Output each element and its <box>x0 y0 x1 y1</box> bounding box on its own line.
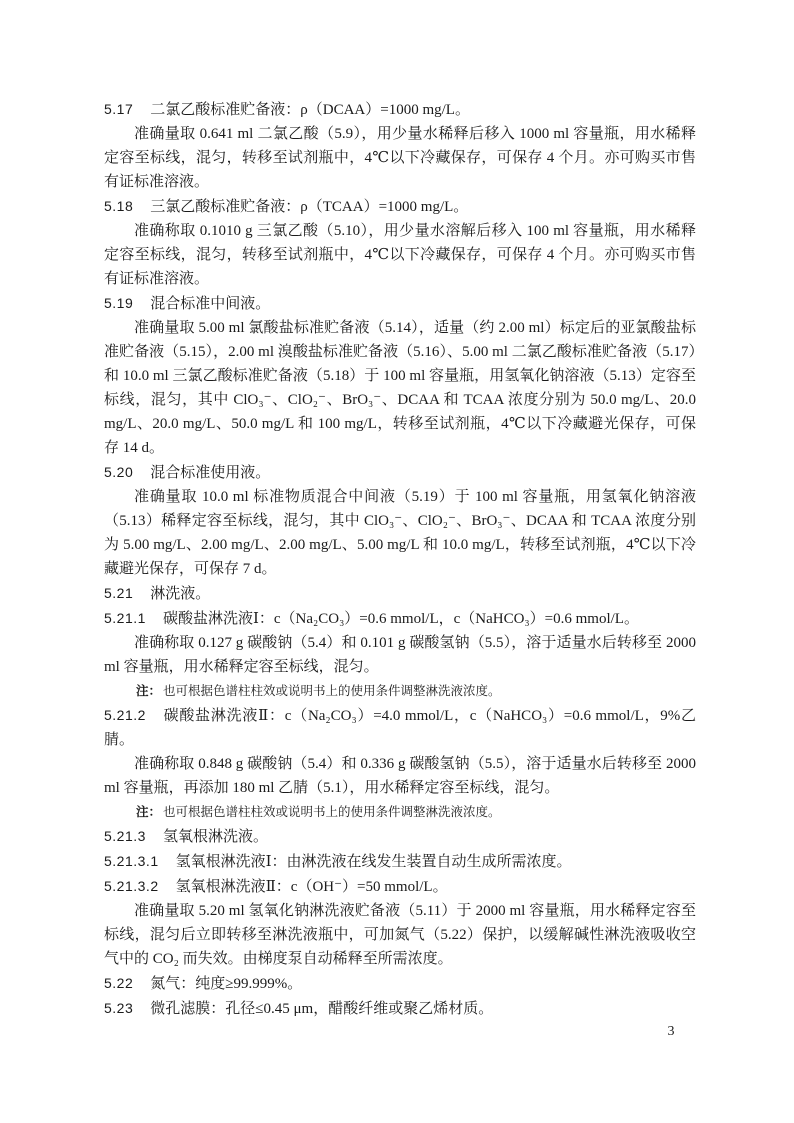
note-text: 也可根据色谱柱柱效或说明书上的使用条件调整淋洗液浓度。 <box>163 805 501 819</box>
clause-title: 碳酸盐淋洗液Ⅰ：c（Na₂CO₃）=0.6 mmol/L，c（NaHCO₃）=0… <box>163 611 639 627</box>
paragraph-5-21-1: 准确称取 0.127 g 碳酸钠（5.4）和 0.101 g 碳酸氢钠（5.5）… <box>104 631 696 679</box>
clause-number: 5.22 <box>104 975 133 991</box>
clause-title: 碳酸盐淋洗液Ⅱ：c（Na₂CO₃）=4.0 mmol/L，c（NaHCO₃）=0… <box>104 708 696 748</box>
clause-5-23: 5.23微孔滤膜：孔径≤0.45 μm，醋酸纤维或聚乙烯材质。 <box>104 996 696 1021</box>
clause-number: 5.18 <box>104 198 133 214</box>
clause-5-21-3-2: 5.21.3.2氢氧根淋洗液Ⅱ：c（OH⁻）=50 mmol/L。 <box>104 874 696 899</box>
paragraph-5-21-3-2: 准确量取 5.20 ml 氢氧化钠淋洗液贮备液（5.11）于 2000 ml 容… <box>104 899 696 971</box>
clause-number: 5.21.1 <box>104 610 146 626</box>
note-label: 注： <box>136 805 161 819</box>
clause-5-21-2: 5.21.2碳酸盐淋洗液Ⅱ：c（Na₂CO₃）=4.0 mmol/L，c（NaH… <box>104 703 696 752</box>
clause-number: 5.21 <box>104 585 133 601</box>
clause-number: 5.17 <box>104 101 133 117</box>
note-5-21-2: 注：也可根据色谱柱柱效或说明书上的使用条件调整淋洗液浓度。 <box>104 800 696 824</box>
clause-number: 5.21.2 <box>104 707 146 723</box>
note-label: 注： <box>136 684 161 698</box>
clause-5-18: 5.18三氯乙酸标准贮备液：ρ（TCAA）=1000 mg/L。 <box>104 194 696 219</box>
clause-title: 混合标准使用液。 <box>150 465 270 481</box>
paragraph-5-17: 准确量取 0.641 ml 二氯乙酸（5.9），用少量水稀释后移入 1000 m… <box>104 122 696 194</box>
clause-title: 氢氧根淋洗液Ⅱ：c（OH⁻）=50 mmol/L。 <box>176 879 448 895</box>
note-5-21-1: 注：也可根据色谱柱柱效或说明书上的使用条件调整淋洗液浓度。 <box>104 679 696 703</box>
clause-title: 微孔滤膜：孔径≤0.45 μm，醋酸纤维或聚乙烯材质。 <box>150 1001 493 1017</box>
document-page: 5.17二氯乙酸标准贮备液：ρ（DCAA）=1000 mg/L。 准确量取 0.… <box>0 0 794 1123</box>
note-text: 也可根据色谱柱柱效或说明书上的使用条件调整淋洗液浓度。 <box>163 684 501 698</box>
paragraph-5-18: 准确称取 0.1010 g 三氯乙酸（5.10），用少量水溶解后移入 100 m… <box>104 219 696 291</box>
clause-title: 氢氧根淋洗液。 <box>163 829 268 845</box>
clause-number: 5.21.3.1 <box>104 853 159 869</box>
clause-number: 5.21.3.2 <box>104 878 159 894</box>
document-body: 5.17二氯乙酸标准贮备液：ρ（DCAA）=1000 mg/L。 准确量取 0.… <box>104 97 696 1021</box>
clause-5-21-1: 5.21.1碳酸盐淋洗液Ⅰ：c（Na₂CO₃）=0.6 mmol/L，c（NaH… <box>104 606 696 631</box>
clause-5-21-3: 5.21.3氢氧根淋洗液。 <box>104 824 696 849</box>
clause-5-17: 5.17二氯乙酸标准贮备液：ρ（DCAA）=1000 mg/L。 <box>104 97 696 122</box>
page-number: 3 <box>661 1022 681 1042</box>
paragraph-5-19: 准确量取 5.00 ml 氯酸盐标准贮备液（5.14），适量（约 2.00 ml… <box>104 316 696 460</box>
paragraph-5-20: 准确量取 10.0 ml 标准物质混合中间液（5.19）于 100 ml 容量瓶… <box>104 485 696 581</box>
paragraph-5-21-2: 准确称取 0.848 g 碳酸钠（5.4）和 0.336 g 碳酸氢钠（5.5）… <box>104 752 696 800</box>
clause-title: 淋洗液。 <box>150 586 210 602</box>
clause-5-21-3-1: 5.21.3.1氢氧根淋洗液Ⅰ：由淋洗液在线发生装置自动生成所需浓度。 <box>104 849 696 874</box>
clause-number: 5.19 <box>104 295 133 311</box>
clause-number: 5.23 <box>104 1000 133 1016</box>
clause-5-20: 5.20混合标准使用液。 <box>104 460 696 485</box>
clause-number: 5.20 <box>104 464 133 480</box>
clause-number: 5.21.3 <box>104 828 146 844</box>
clause-title: 氢氧根淋洗液Ⅰ：由淋洗液在线发生装置自动生成所需浓度。 <box>176 854 572 870</box>
clause-5-22: 5.22氮气：纯度≥99.999%。 <box>104 971 696 996</box>
clause-title: 二氯乙酸标准贮备液：ρ（DCAA）=1000 mg/L。 <box>150 102 470 118</box>
clause-title: 三氯乙酸标准贮备液：ρ（TCAA）=1000 mg/L。 <box>150 199 468 215</box>
clause-title: 混合标准中间液。 <box>150 296 270 312</box>
clause-5-21: 5.21淋洗液。 <box>104 581 696 606</box>
clause-5-19: 5.19混合标准中间液。 <box>104 291 696 316</box>
clause-title: 氮气：纯度≥99.999%。 <box>150 976 302 992</box>
